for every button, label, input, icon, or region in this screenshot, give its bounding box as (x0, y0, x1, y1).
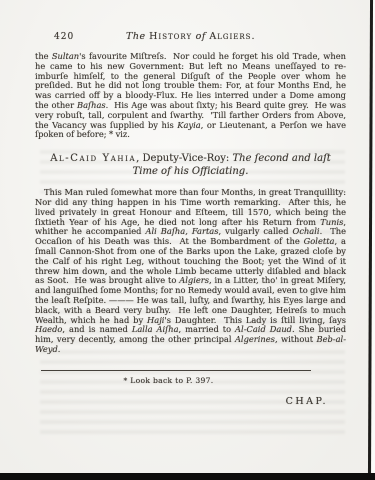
running-title: The History of Algiers. (35, 31, 346, 42)
running-head: 420 The History of Algiers. (35, 31, 346, 45)
paragraph-continued: the Sultan's favourite Miſtreſs. Nor cou… (35, 52, 346, 140)
catchword: CHAP. (286, 396, 328, 407)
page-content: 420 The History of Algiers. the Sultan's… (35, 31, 346, 385)
book-page-scan: 420 The History of Algiers. the Sultan's… (0, 0, 375, 480)
scan-bottom-edge (0, 473, 375, 480)
paragraph-main: This Man ruled ſomewhat more than four M… (35, 188, 346, 355)
footnote: * Look back to P. 397. (13, 376, 324, 385)
section-heading: Al-Caid Yahia, Deputy-Vice-Roy: The ſeco… (50, 153, 332, 178)
footnote-divider (41, 370, 311, 371)
page-number: 420 (54, 32, 74, 42)
